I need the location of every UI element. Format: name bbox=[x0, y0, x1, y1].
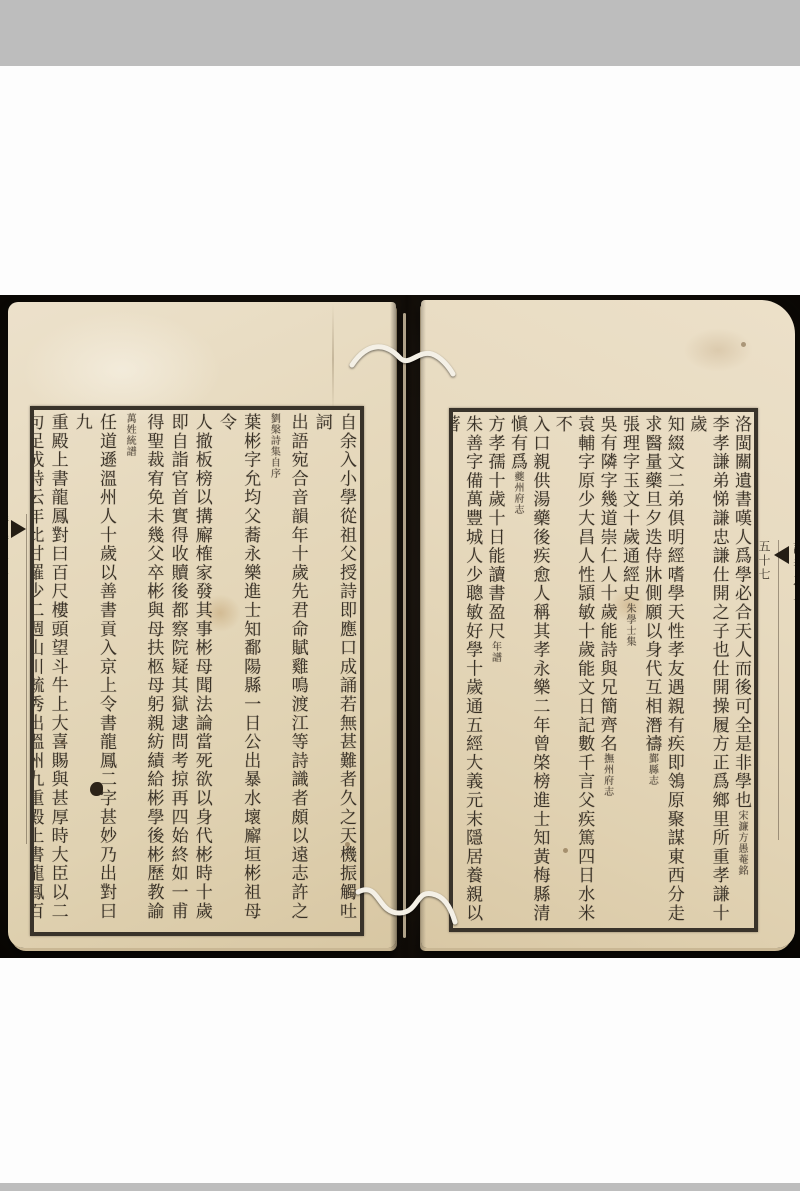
text-column: 劉槃詩集自序 bbox=[262, 413, 285, 929]
left-text-columns: 自余入小學從祖父授詩即應口成誦若無甚難者久之天機振觸吐詞出語宛合音韻年十歲先君命… bbox=[34, 410, 360, 932]
left-page: 譜卷之二 五十八 自余入小學從祖父授詩即應口成誦若無甚難者久之天機振觸吐詞出語宛… bbox=[8, 302, 396, 948]
text-column: 自余入小學從祖父授詩即應口成誦若無甚難者久之天機振觸吐詞 bbox=[310, 413, 358, 929]
fold-title: 譜卷之二 bbox=[8, 514, 9, 578]
book-photo: 譜卷之二 五十八 自余入小學從祖父授詩即應口成誦若無甚難者久之天機振觸吐詞出語宛… bbox=[0, 295, 800, 958]
text-column: 愼有爲夔州府志 bbox=[506, 415, 528, 925]
column-citation: 鄞縣志 bbox=[646, 753, 657, 786]
column-text: 朱善字備萬豐城人少聰敏好學十歲通五經大義元末隱居養親以著 bbox=[453, 415, 482, 923]
right-fold-margin: 譜卷之二 五十七 bbox=[778, 540, 795, 840]
column-text: 自余入小學從祖父授詩即應口成誦若無甚難者久之天機振觸吐詞 bbox=[312, 413, 356, 921]
column-text: 重殿上書龍鳳對曰百尺樓頭望斗牛上大喜賜與甚厚時大臣以二 bbox=[48, 413, 68, 921]
bottom-gray-margin bbox=[0, 1183, 800, 1191]
top-gray-margin bbox=[0, 0, 800, 66]
text-column: 吳有隣字幾道崇仁人十歲能詩與兄簡齊名撫州府志 bbox=[595, 415, 617, 925]
text-column: 重殿上書龍鳳對曰百尺樓頭望斗牛上大喜賜與甚厚時大臣以二 bbox=[45, 413, 69, 929]
text-column: 求醫量藥旦夕迭侍牀側願以身代互相潛禱鄞縣志 bbox=[640, 415, 662, 925]
column-text: 得聖裁宥免未幾父卒彬與母扶柩母躬親紡績給彬學後彬歷教諭 bbox=[143, 413, 163, 921]
column-text: 人撤板榜以搆廨榷家發其事彬母聞法論當死欲以身代彬時十歲 bbox=[192, 413, 212, 921]
book-scan-screenshot: 譜卷之二 五十八 自余入小學從祖父授詩即應口成誦若無甚難者久之天機振觸吐詞出語宛… bbox=[0, 0, 800, 1191]
text-column: 知綴文二弟俱明經嗜學天性孝友遇親有疾即鴒原聚謀東西分走 bbox=[662, 415, 684, 925]
text-column: 袁輔字原少大昌人性頴敏十歲能文日記數千言父疾篤四日水米不 bbox=[550, 415, 595, 925]
column-text: 李孝謙弟悌謙忠謙仕開之子也仕開操履方正爲鄉里所重孝謙十歲 bbox=[686, 415, 728, 923]
right-text-columns: 洛閩關遺書嘆人爲學必合天人而後可全是非學也宋濂方愚菴銘李孝謙弟悌謙忠謙仕開之子也… bbox=[453, 412, 754, 928]
column-text: 出語宛合音韻年十歲先君命賦雞鳴渡江等詩識者頗以遠志許之 bbox=[288, 413, 308, 921]
right-text-frame: 洛閩關遺書嘆人爲學必合天人而後可全是非學也宋濂方愚菴銘李孝謙弟悌謙忠謙仕開之子也… bbox=[449, 408, 758, 932]
column-text: 句足成詩云年比甘羅少二週山川毓秀出溫州九重殿上書龍鳳百 bbox=[34, 413, 43, 921]
column-text: 吳有隣字幾道崇仁人十歲能詩與兄簡齊名 bbox=[597, 415, 617, 753]
fold-title: 譜卷之二 bbox=[791, 540, 795, 604]
text-column: 出語宛合音韻年十歲先君命賦雞鳴渡江等詩識者頗以遠志許之 bbox=[285, 413, 309, 929]
text-column: 人撤板榜以搆廨榷家發其事彬母聞法論當死欲以身代彬時十歲 bbox=[190, 413, 214, 929]
tan-stain bbox=[683, 328, 753, 372]
column-citation: 夔州府志 bbox=[512, 471, 523, 515]
binding-thread-bottom bbox=[352, 878, 460, 932]
text-column: 張理字玉文十歲通經史朱學士集 bbox=[618, 415, 640, 925]
column-text: 袁輔字原少大昌人性頴敏十歲能文日記數千言父疾篤四日水米不 bbox=[552, 415, 594, 923]
column-text: 葉彬字允均父蕎永樂進士知鄱陽縣一日公出暴水壞廨垣彬祖母令 bbox=[216, 413, 260, 921]
column-citation: 萬姓統譜 bbox=[124, 413, 135, 457]
column-citation: 年譜 bbox=[490, 641, 501, 663]
column-text: 即自詣官首實得收贖後都察院疑其獄逮問考掠再四始終如一甫 bbox=[168, 413, 188, 921]
fishtail-mark-icon bbox=[11, 520, 26, 538]
column-text: 張理字玉文十歲通經史 bbox=[619, 415, 639, 603]
column-text: 知綴文二弟俱明經嗜學天性孝友遇親有疾即鴒原聚謀東西分走 bbox=[664, 415, 684, 923]
column-citation: 撫州府志 bbox=[602, 753, 613, 797]
column-text: 方孝孺十歲十日能讀書盈尺 bbox=[485, 415, 505, 641]
left-text-frame: 自余入小學從祖父授詩即應口成誦若無甚難者久之天機振觸吐詞出語宛合音韻年十歲先君命… bbox=[30, 406, 364, 936]
text-column: 葉彬字允均父蕎永樂進士知鄱陽縣一日公出暴水壞廨垣彬祖母令 bbox=[214, 413, 262, 929]
column-citation: 宋濂方愚菴銘 bbox=[736, 810, 747, 876]
text-column: 即自詣官首實得收贖後都察院疑其獄逮問考掠再四始終如一甫 bbox=[165, 413, 189, 929]
dirt-speck bbox=[741, 342, 746, 347]
text-column: 萬姓統譜 bbox=[118, 413, 141, 929]
fishtail-mark-icon bbox=[774, 546, 789, 564]
text-column: 朱善字備萬豐城人少聰敏好學十歲通五經大義元末隱居養親以著 bbox=[453, 415, 483, 925]
text-column: 句足成詩云年比甘羅少二週山川毓秀出溫州九重殿上書龍鳳百 bbox=[34, 413, 45, 929]
text-column: 方孝孺十歲十日能讀書盈尺年譜 bbox=[483, 415, 505, 925]
fold-leaf-number: 五十七 bbox=[757, 540, 771, 582]
column-citation: 朱學士集 bbox=[624, 603, 635, 647]
column-text: 洛閩關遺書嘆人爲學必合天人而後可全是非學也 bbox=[731, 415, 751, 810]
binding-thread-top bbox=[348, 331, 456, 381]
text-column: 入口親供湯藥後疾愈人稱其孝永樂二年曾棨榜進士知黃梅縣清 bbox=[528, 415, 550, 925]
column-text: 入口親供湯藥後疾愈人稱其孝永樂二年曾棨榜進士知黃梅縣清 bbox=[529, 415, 549, 923]
right-page: 譜卷之二 五十七 洛閩關遺書嘆人爲學必合天人而後可全是非學也宋濂方愚菴銘李孝謙弟… bbox=[421, 300, 795, 948]
column-citation: 劉槃詩集自序 bbox=[268, 413, 279, 479]
column-text: 求醫量藥旦夕迭侍牀側願以身代互相潛禱 bbox=[641, 415, 661, 753]
left-fold-margin: 譜卷之二 五十八 bbox=[8, 514, 27, 844]
text-column: 李孝謙弟悌謙忠謙仕開之子也仕開操履方正爲鄉里所重孝謙十歲 bbox=[685, 415, 730, 925]
text-column: 洛閩關遺書嘆人爲學必合天人而後可全是非學也宋濂方愚菴銘 bbox=[730, 415, 752, 925]
column-text: 任道遜溫州人十歲以善書貢入京上令書龍鳳二字甚妙乃出對曰九 bbox=[72, 413, 116, 921]
page-crease bbox=[332, 304, 334, 414]
text-column: 任道遜溫州人十歲以善書貢入京上令書龍鳳二字甚妙乃出對曰九 bbox=[70, 413, 118, 929]
inner-leaf-edge bbox=[403, 313, 406, 938]
text-column: 得聖裁宥免未幾父卒彬與母扶柩母躬親紡績給彬學後彬歷教諭 bbox=[141, 413, 165, 929]
column-text: 愼有爲 bbox=[507, 415, 527, 471]
